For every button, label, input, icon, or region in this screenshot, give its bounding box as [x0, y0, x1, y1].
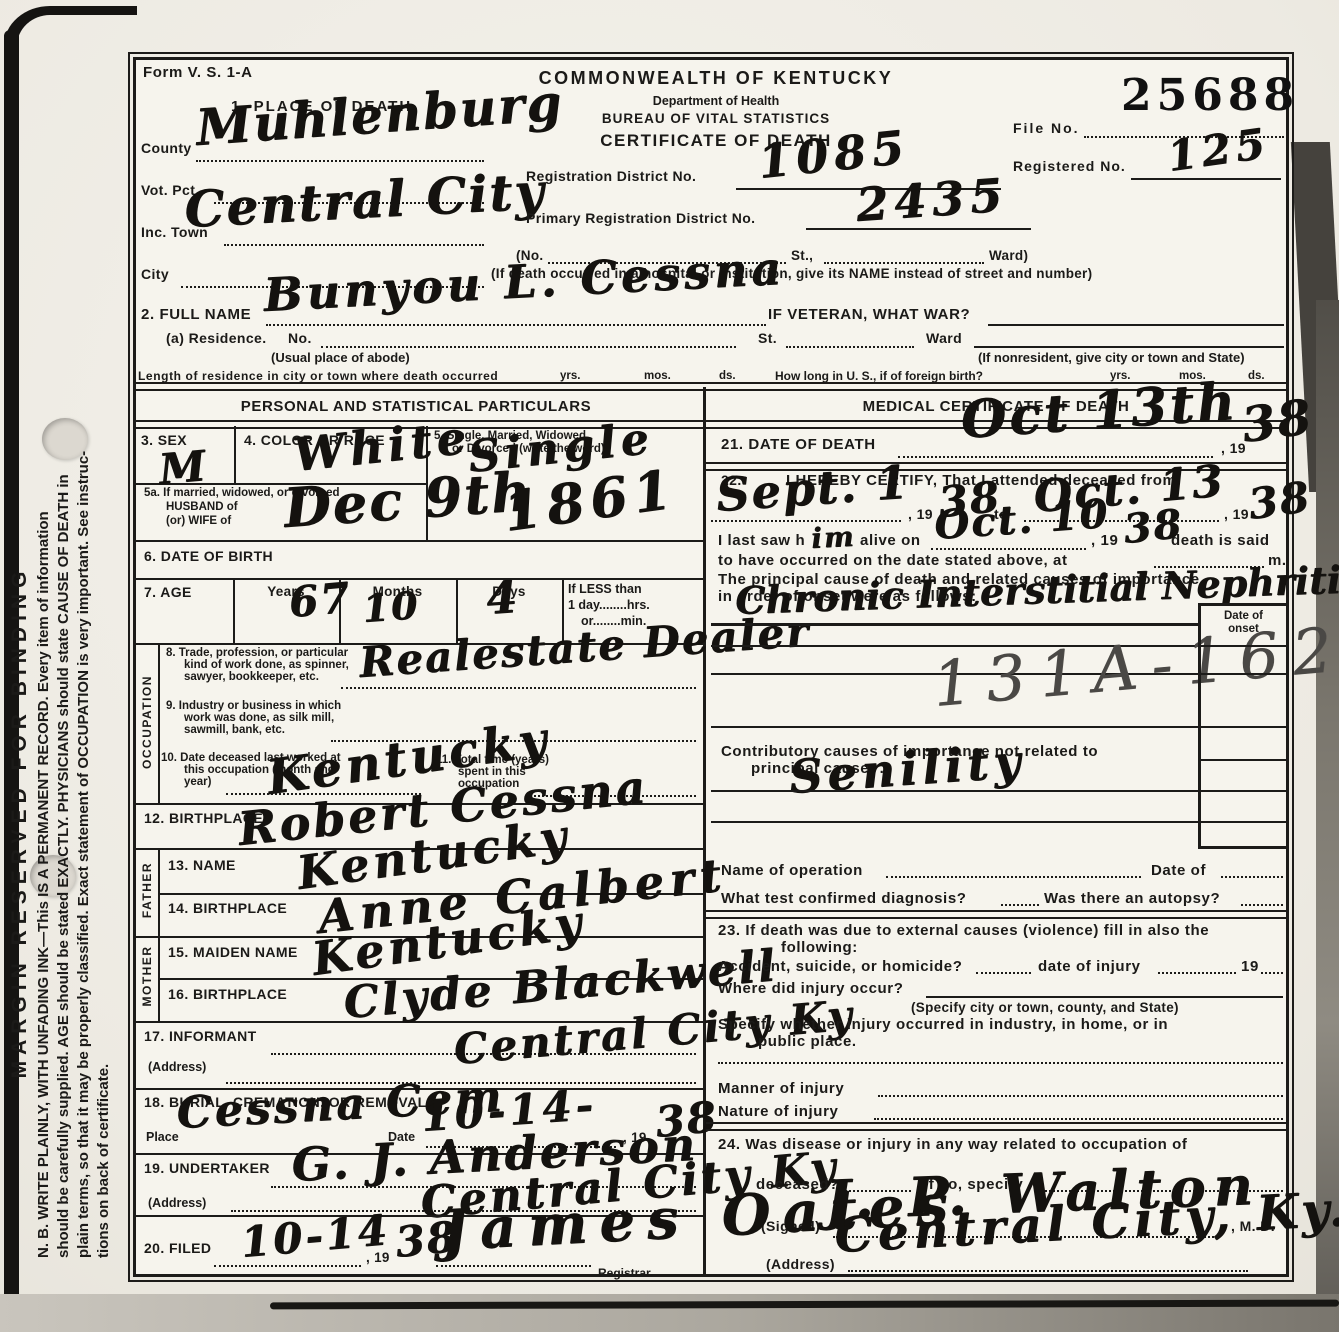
row-rule [136, 578, 703, 580]
residence-st-label: St. [758, 330, 777, 346]
margin-nb-line: should be carefully supplied. AGE should… [54, 258, 74, 1258]
form-number: Form V. S. 1-A [143, 64, 253, 81]
onset-line [1201, 759, 1286, 761]
filed-year-prefix: , 19 [366, 1250, 390, 1266]
department-title: Department of Health [511, 94, 921, 108]
county-value: Muhlenburg [194, 72, 565, 157]
street-st-label: St., [791, 248, 813, 264]
row-rule [706, 910, 1286, 919]
cell-divider [233, 578, 235, 643]
last-saw-label-1: I last saw h [718, 532, 805, 549]
cell-divider [234, 426, 236, 483]
informant-address-label: (Address) [148, 1060, 206, 1074]
external-causes-label-1: 23. If death was due to external causes … [718, 922, 1209, 939]
married-label-2: HUSBAND of [166, 501, 238, 514]
undertaker-address-label: (Address) [148, 1196, 206, 1210]
registrar-line [436, 1265, 591, 1267]
onset-line [1201, 726, 1286, 728]
residence-st-line [786, 346, 914, 348]
death-year-value: 38 [1238, 389, 1316, 454]
date-of-death-line [898, 456, 1213, 458]
informant-label: 17. INFORMANT [144, 1028, 257, 1044]
residence-ward-label: Ward [926, 330, 962, 346]
commonwealth-title: COMMONWEALTH OF KENTUCKY [511, 68, 921, 89]
year-prefix-2: , 19 [1224, 506, 1249, 522]
specify-line [718, 1062, 1283, 1064]
last-saw-label-2: alive on [860, 532, 921, 549]
veteran-label: IF VETERAN, WHAT WAR? [768, 306, 970, 323]
street-ward-label: Ward) [989, 248, 1028, 264]
less-than-label-1: If LESS than [568, 582, 642, 596]
attended-from-line [711, 520, 901, 522]
accident-line [976, 972, 1031, 974]
inc-town-value: Central City [183, 161, 547, 239]
margin-nb-line: plain terms, so that it may be properly … [74, 258, 94, 1258]
residence-label: (a) Residence. [166, 330, 267, 346]
test-label: What test confirmed diagnosis? [721, 890, 967, 907]
last-worked-label-3: year) [184, 776, 212, 789]
specify-whether-label-2: public place. [758, 1033, 857, 1050]
specify-city-note: (Specify city or town, county, and State… [911, 1000, 1179, 1016]
age-years-value: 67 [287, 573, 353, 627]
county-label: County [141, 140, 192, 156]
age-days-value: 4 [484, 572, 520, 625]
reg-district-label: Registration District No. [526, 168, 696, 184]
physician-address-line [848, 1270, 1248, 1272]
registered-no-line [1131, 178, 1281, 180]
operation-date-label: Date of [1151, 862, 1206, 879]
registrar-label: Registrar. [598, 1267, 653, 1281]
mother-maiden-label: 15. MAIDEN NAME [168, 944, 298, 960]
physician-address-label: (Address) [766, 1256, 835, 1272]
date-of-death-label: 21. DATE OF DEATH [721, 436, 876, 453]
nonresident-note: (If nonresident, give city or town and S… [978, 351, 1245, 366]
mother-side-label: MOTHER [140, 934, 154, 1018]
certificate-form: Form V. S. 1-A 1. PLACE OF DEATH County … [133, 57, 1289, 1277]
year-prefix-1: , 19 [908, 506, 933, 522]
primary-district-label: Primary Registration District No. [526, 210, 755, 226]
personal-section-title: PERSONAL AND STATISTICAL PARTICULARS [176, 398, 656, 415]
onset-header: Date of onset [1201, 610, 1286, 636]
autopsy-label: Was there an autopsy? [1044, 890, 1220, 907]
nineteen-line [1261, 972, 1283, 974]
onset-header-line1: Date of [1201, 610, 1286, 623]
registered-no-label: Registered No. [1013, 158, 1126, 174]
onset-line [1201, 673, 1286, 675]
row-rule [136, 540, 703, 542]
inc-town-line [224, 244, 484, 246]
margin-nb-line: tions on back of certificate. [94, 258, 114, 1258]
full-name-line [266, 324, 766, 326]
onset-line [1201, 645, 1286, 647]
accident-label: Accident, suicide, or homicide? [718, 958, 962, 975]
full-name-label: 2. FULL NAME [141, 306, 251, 323]
operation-label: Name of operation [721, 862, 863, 879]
onset-line [1201, 790, 1286, 792]
occupation-related-label: 24. Was disease or injury in any way rel… [718, 1136, 1188, 1153]
trade-label-3: sawyer, bookkeeper, etc. [184, 671, 319, 684]
father-side-text: FATHER [140, 862, 154, 918]
side-strip-divider [158, 643, 160, 803]
occupation-side-text: OCCUPATION [140, 675, 154, 769]
death-year-prefix: , 19 [1221, 440, 1246, 456]
where-injury-line [926, 996, 1283, 998]
residence-no-line [321, 346, 736, 348]
county-line [196, 160, 484, 162]
city-label: City [141, 266, 169, 282]
attended-to-year: 38 [1245, 472, 1314, 529]
test-line [1001, 904, 1039, 906]
scan-right-edge [1316, 300, 1339, 1332]
veteran-line [988, 324, 1284, 326]
primary-district-line [806, 228, 1031, 230]
father-name-label: 13. NAME [168, 857, 236, 873]
date-of-onset-box: Date of onset [1198, 603, 1289, 849]
autopsy-line [1241, 904, 1283, 906]
mother-side-text: MOTHER [140, 946, 154, 1007]
date-injury-line [1158, 972, 1236, 974]
trade-line [341, 687, 696, 689]
margin-binding-note: MARGIN RESERVED FOR BINDING [8, 412, 32, 1232]
married-label-3: (or) WIFE of [166, 515, 231, 528]
operation-line [886, 876, 1141, 878]
scan-bottom-line [270, 1300, 1339, 1310]
manner-injury-line [878, 1095, 1283, 1097]
industry-label-3: sawmill, bank, etc. [184, 724, 285, 737]
year-prefix-3: , 19 [1091, 532, 1118, 549]
filed-label: 20. FILED [144, 1240, 211, 1256]
residence-ward-line [974, 346, 1284, 348]
side-strip-divider [158, 848, 160, 1021]
margin-nb-note: N. B. WRITE PLAINLY, WITH UNFADING INK—T… [34, 258, 114, 1258]
burial-place-label: Place [146, 1130, 179, 1144]
dob-label: 6. DATE OF BIRTH [144, 548, 273, 564]
scanned-death-certificate: MARGIN RESERVED FOR BINDING N. B. WRITE … [0, 0, 1339, 1332]
margin-binding-text: MARGIN RESERVED FOR BINDING [8, 566, 31, 1079]
death-said-label: death is said [1171, 532, 1270, 549]
certificate-serial-number: 25688 [1121, 70, 1299, 121]
manner-injury-label: Manner of injury [718, 1080, 844, 1097]
occurred-label: to have occurred on the date stated abov… [718, 552, 1068, 569]
onset-header-line2: onset [1201, 623, 1286, 636]
age-months-value: 10 [361, 582, 421, 631]
nature-injury-label: Nature of injury [718, 1103, 838, 1120]
last-saw-him: im [810, 520, 856, 555]
father-side-label: FATHER [140, 847, 154, 933]
file-no-label: File No. [1013, 120, 1080, 136]
filed-date-line [214, 1265, 361, 1267]
c cause-line [711, 726, 1198, 728]
scan-corner-arc [4, 6, 137, 89]
nature-injury-line [874, 1118, 1283, 1120]
abode-note: (Usual place of abode) [271, 351, 410, 366]
occupation-side-label: OCCUPATION [140, 643, 154, 801]
operation-date-line [1221, 876, 1283, 878]
street-st-line [824, 262, 984, 264]
row-rule [706, 1122, 1286, 1131]
specify-whether-label-1: Specify whether injury occurred in indus… [718, 1016, 1168, 1033]
contributory-line [711, 821, 1198, 823]
nineteen-label: 19 [1241, 958, 1259, 975]
registered-no-value: 125 [1164, 118, 1272, 181]
scan-bottom-band [0, 1294, 1339, 1332]
external-causes-label-2: following: [781, 939, 858, 956]
margin-nb-line: N. B. WRITE PLAINLY, WITH UNFADING INK—T… [34, 258, 54, 1258]
father-birthplace-label: 14. BIRTHPLACE [168, 900, 287, 916]
personal-section-title-text: PERSONAL AND STATISTICAL PARTICULARS [241, 398, 592, 415]
where-injury-label: Where did injury occur? [718, 980, 904, 997]
onset-line [1201, 821, 1286, 823]
residence-no-label: No. [288, 330, 312, 346]
age-label: 7. AGE [144, 584, 192, 600]
primary-district-value: 2435 [854, 168, 1009, 232]
last-saw-line [931, 548, 1086, 550]
date-injury-label: date of injury [1038, 958, 1141, 975]
undertaker-label: 19. UNDERTAKER [144, 1160, 270, 1176]
contributory-line [711, 790, 1198, 792]
cause-line [711, 623, 1198, 626]
less-than-label-2: 1 day........hrs. [568, 598, 650, 612]
mother-birthplace-label: 16. BIRTHPLACE [168, 986, 287, 1002]
